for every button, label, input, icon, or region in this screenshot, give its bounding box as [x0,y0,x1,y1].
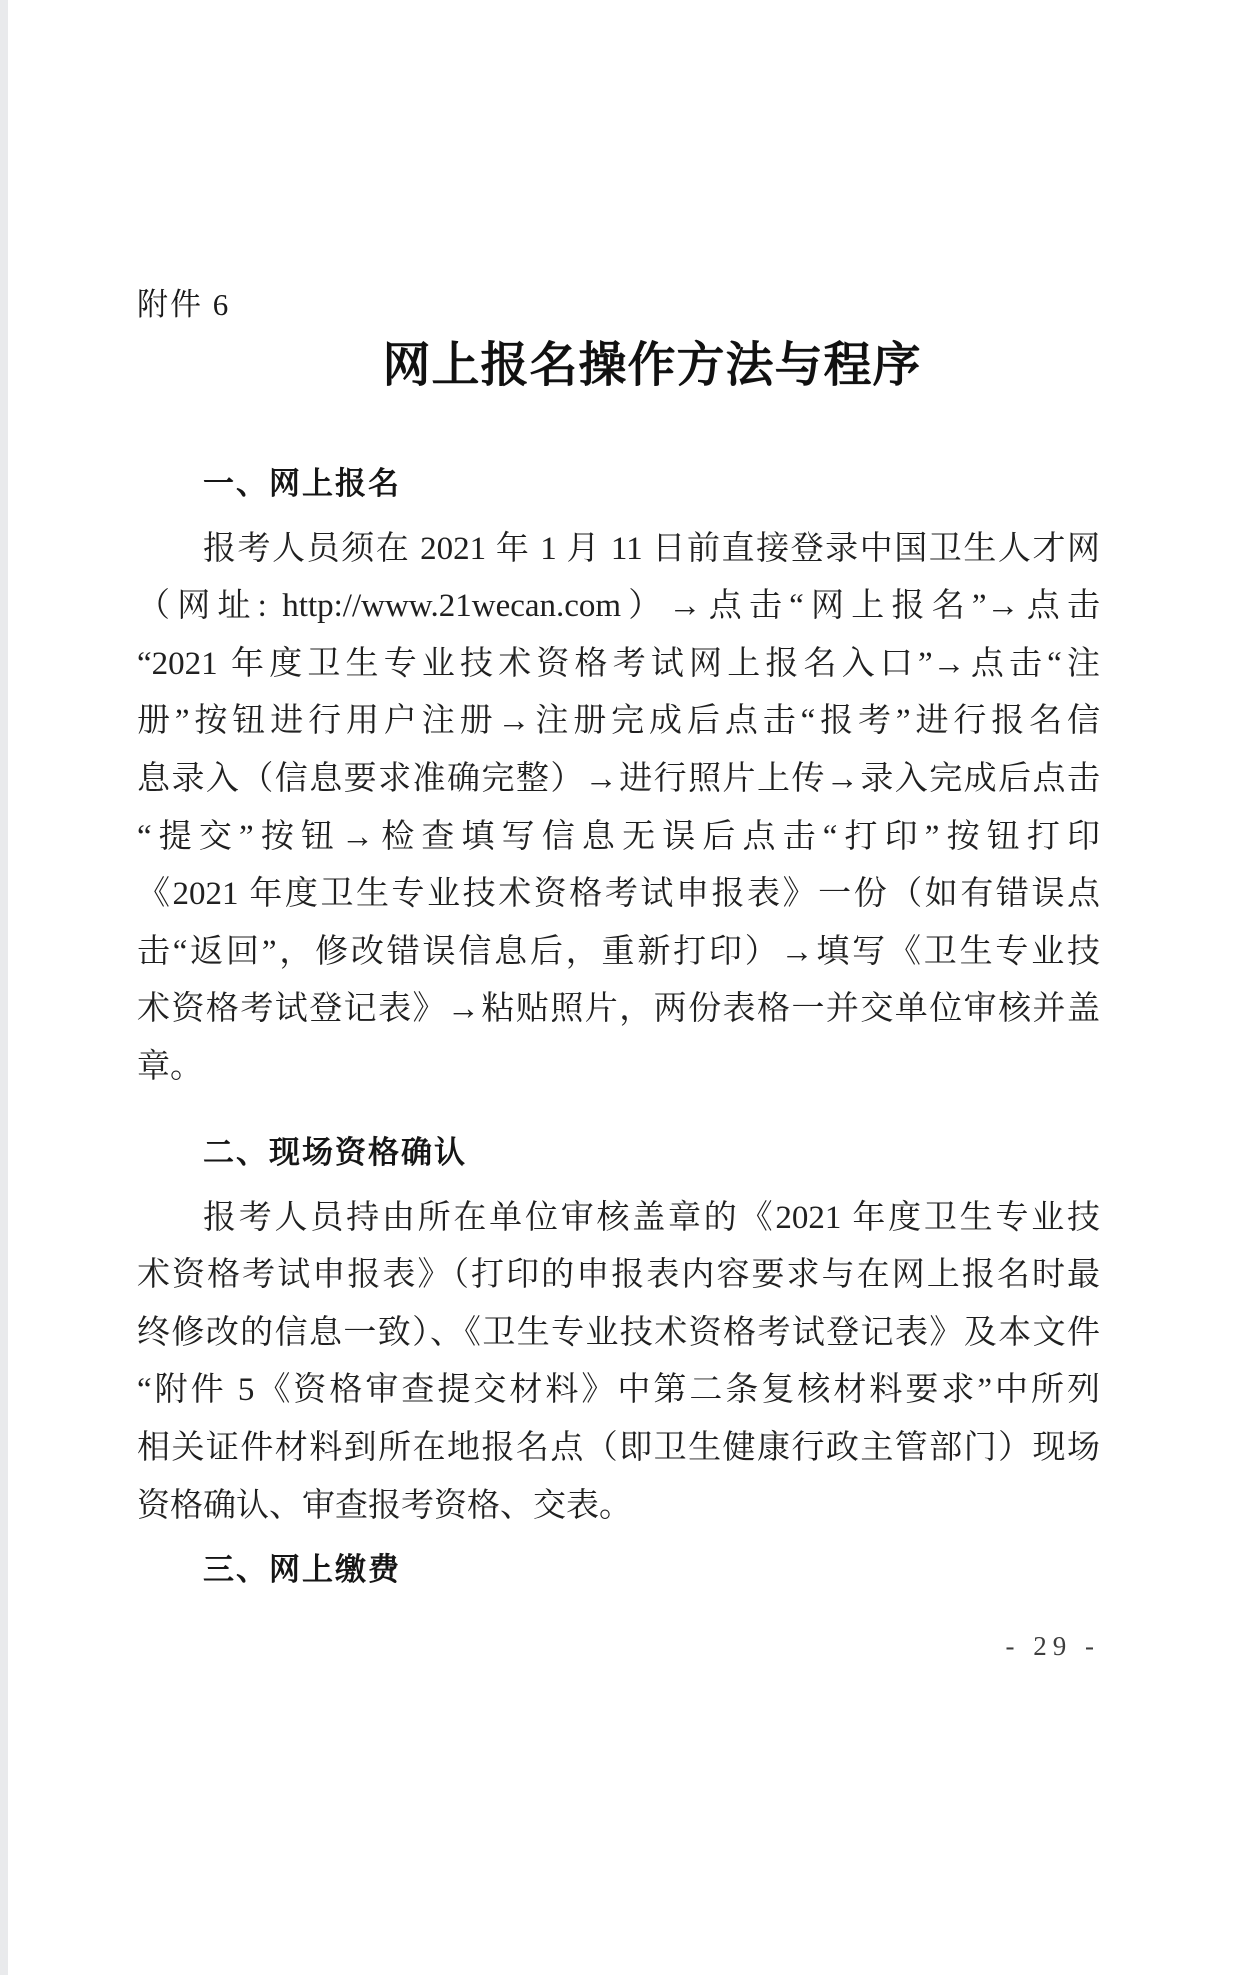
section: 三、网上缴费 [137,1541,1100,1599]
section-paragraph: 报考人员须在 2021 年 1 月 11 日前直接登录中国卫生人才网（网址: h… [137,521,1100,1097]
paragraph-line: 相关证件材料到所在地报名点（即卫生健康行政主管部门）现场 [137,1420,1100,1478]
scan-edge-artifact [0,0,8,1975]
paragraph-line: 术资格考试申报表》（打印的申报表内容要求与在网上报名时最 [137,1247,1100,1305]
paragraph-line: 册”按钮进行用户注册→注册完成后点击“报考”进行报名信 [137,693,1100,751]
paragraph-line: 击“返回”，修改错误信息后，重新打印）→填写《卫生专业技 [137,924,1100,982]
paragraph-line: 资格确认、审查报考资格、交表。 [137,1478,1100,1536]
section-heading: 一、网上报名 [137,455,1100,513]
paragraph-line: 终修改的信息一致）、《卫生专业技术资格考试登记表》及本文件 [137,1305,1100,1363]
section-paragraph: 报考人员持由所在单位审核盖章的《2021 年度卫生专业技术资格考试申报表》（打印… [137,1190,1100,1536]
section: 二、现场资格确认报考人员持由所在单位审核盖章的《2021 年度卫生专业技术资格考… [137,1124,1100,1535]
section: 一、网上报名报考人员须在 2021 年 1 月 11 日前直接登录中国卫生人才网… [137,455,1100,1097]
page-title: 网上报名操作方法与程序 [137,336,1167,396]
paragraph-line: 术资格考试登记表》→粘贴照片，两份表格一并交单位审核并盖 [137,981,1100,1039]
attachment-label: 附件 6 [137,283,230,327]
paragraph-line: （网址: http://www.21wecan.com）→点击“网上报名”→点击 [137,578,1100,636]
section-heading: 二、现场资格确认 [137,1124,1100,1182]
section-heading: 三、网上缴费 [137,1541,1100,1599]
paragraph-line: “提交”按钮→检查填写信息无误后点击“打印”按钮打印 [137,809,1100,867]
paragraph-line: 《2021 年度卫生专业技术资格考试申报表》一份（如有错误点 [137,866,1100,924]
paragraph-line: 报考人员须在 2021 年 1 月 11 日前直接登录中国卫生人才网 [137,521,1100,579]
paragraph-line: 报考人员持由所在单位审核盖章的《2021 年度卫生专业技 [137,1190,1100,1248]
paragraph-line: 息录入（信息要求准确完整）→进行照片上传→录入完成后点击 [137,751,1100,809]
paragraph-line: 章。 [137,1039,1100,1097]
paragraph-line: “2021 年度卫生专业技术资格考试网上报名入口”→点击“注 [137,636,1100,694]
paragraph-line: “附件 5《资格审查提交材料》中第二条复核材料要求”中所列 [137,1362,1100,1420]
page-number: - 29 - [137,1624,1100,1668]
document-page: 附件 6 网上报名操作方法与程序 一、网上报名报考人员须在 2021 年 1 月… [0,0,1242,1975]
